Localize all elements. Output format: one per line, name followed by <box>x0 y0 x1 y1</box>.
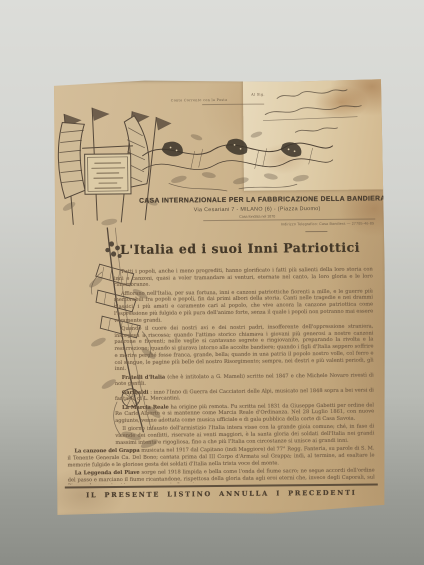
article-title: L'Italia ed i suoi Inni Patriottici <box>103 239 376 257</box>
laurel-garland-illustration <box>138 124 335 200</box>
illustration-spacer <box>66 269 116 441</box>
company-address: Via Cesariani 7 - MILANO (6) - (Piazza D… <box>139 206 375 214</box>
footer-rule <box>65 483 378 488</box>
body-paragraph: La canzone del Grappa musicata nel 1917 … <box>67 446 374 469</box>
header-dash <box>305 231 327 232</box>
telegraph-line: Indirizzo Telegrafico: Casa Bandiera — 2… <box>281 222 374 227</box>
body-paragraph: La Leggenda del Piave sorge nel 1918 lim… <box>68 467 375 484</box>
article-body: Tutti i popoli, anche i meno progrediti,… <box>66 267 375 485</box>
photograph-of-flyer: Al Sig. Conto Corrente con la Posta <box>0 0 424 565</box>
footer-banner: IL PRESENTE LISTINO ANNULLA I PRECEDENTI <box>56 488 387 499</box>
letterhead: CASA INTERNAZIONALE PER LA FABBRICAZIONE… <box>139 196 375 220</box>
flyer-paper-sheet: Al Sig. Conto Corrente con la Posta <box>52 77 387 517</box>
company-name: CASA INTERNAZIONALE PER LA FABBRICAZIONE… <box>139 196 375 205</box>
